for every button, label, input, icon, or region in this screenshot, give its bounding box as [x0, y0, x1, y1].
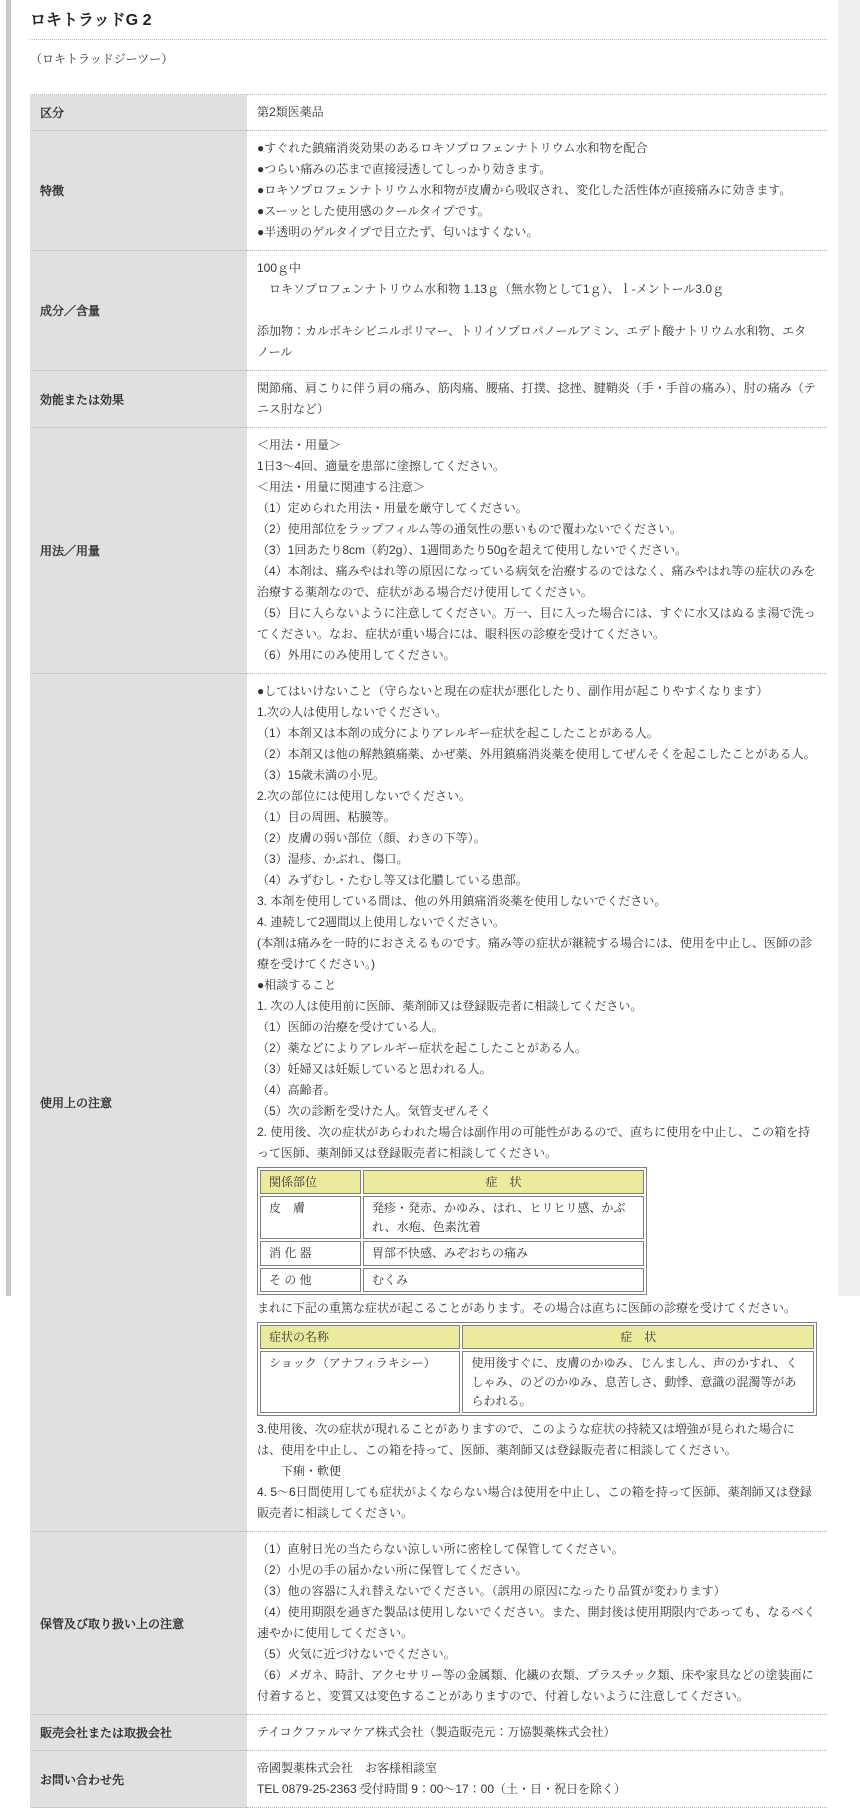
text-line: 添加物：カルボキシビニルポリマー、トリイソプロパノールアミン、エデト酸ナトリウム… — [257, 321, 817, 363]
text-line: （4）高齢者。 — [257, 1080, 817, 1101]
text-line: （2）使用部位をラップフィルム等の通気性の悪いもので覆わないでください。 — [257, 519, 817, 540]
text-line: （5）目に入らないように注意してください。万一、目に入った場合には、すぐに水又は… — [257, 603, 817, 645]
text-line: ●ロキソプロフェンナトリウム水和物が皮膚から吸収され、変化した活性体が直接痛みに… — [257, 180, 817, 201]
text-line: （1）本剤又は本剤の成分によりアレルギー症状を起こしたことがある人。 — [257, 723, 817, 744]
row-content: 関節痛、肩こりに伴う肩の痛み、筋肉痛、腰痛、打撲、捻挫、腱鞘炎（手・手首の痛み）… — [247, 371, 827, 428]
text-line: ●してはいけないこと（守らないと現在の症状が悪化したり、副作用が起こりやすくなり… — [257, 681, 817, 702]
text-line: 第2類医薬品 — [257, 102, 817, 123]
text-line: 1.次の人は使用しないでください。 — [257, 702, 817, 723]
inner-table-row: 消 化 器胃部不快感、みぞおちの痛み — [260, 1241, 644, 1266]
product-info-table: 区分第2類医薬品特徴●すぐれた鎮痛消炎効果のあるロキソプロフェンナトリウム水和物… — [30, 94, 827, 1296]
table-row: 区分第2類医薬品 — [30, 95, 827, 131]
text-line: 3. 本剤を使用している間は、他の外用鎮痛消炎薬を使用しないでください。 — [257, 891, 817, 912]
text-line: 2.次の部位には使用しないでください。 — [257, 786, 817, 807]
text-line: ロキソプロフェンナトリウム水和物 1.13ｇ（無水物として1ｇ）、ｌ-メントール… — [257, 279, 817, 300]
page-subtitle: （ロキトラッドジーツー） — [30, 40, 827, 67]
page-right-margin — [838, 0, 860, 1296]
inner-table-cell: そ の 他 — [260, 1268, 361, 1293]
row-label: 用法／用量 — [30, 428, 247, 674]
text-line: （3）湿疹、かぶれ、傷口。 — [257, 849, 817, 870]
text-line: 1. 次の人は使用前に医師、薬剤師又は登録販売者に相談してください。 — [257, 996, 817, 1017]
page-title: ロキトラッドG 2 — [30, 0, 827, 40]
row-label: 効能または効果 — [30, 371, 247, 428]
text-line: （1）医師の治療を受けている人。 — [257, 1017, 817, 1038]
info-table-body: 区分第2類医薬品特徴●すぐれた鎮痛消炎効果のあるロキソプロフェンナトリウム水和物… — [30, 95, 827, 1297]
inner-table-header-cell: 症 状 — [363, 1170, 644, 1194]
text-line: 1日3～4回、適量を患部に塗擦してください。 — [257, 456, 817, 477]
text-line: （2）皮膚の弱い部位（顔、わきの下等）。 — [257, 828, 817, 849]
text-line: 100ｇ中 — [257, 258, 817, 279]
text-line: 関節痛、肩こりに伴う肩の痛み、筋肉痛、腰痛、打撲、捻挫、腱鞘炎（手・手首の痛み）… — [257, 378, 817, 420]
inner-table-cell: むくみ — [363, 1268, 644, 1293]
text-line: ＜用法・用量＞ — [257, 435, 817, 456]
inner-table-cell: 消 化 器 — [260, 1241, 361, 1266]
text-line: （3）1回あたり8cm（約2g）、1週間あたり50gを超えて使用しないでください… — [257, 540, 817, 561]
page-left-edge — [6, 0, 11, 1296]
row-label: 特徴 — [30, 131, 247, 251]
row-content: ●してはいけないこと（守らないと現在の症状が悪化したり、副作用が起こりやすくなり… — [247, 674, 827, 1297]
text-line: ＜用法・用量に関連する注意＞ — [257, 477, 817, 498]
table-row: 用法／用量＜用法・用量＞1日3～4回、適量を患部に塗擦してください。＜用法・用量… — [30, 428, 827, 674]
text-line: （4）本剤は、痛みやはれ等の原因になっている病気を治療するのではなく、痛みやはれ… — [257, 561, 817, 603]
side-effect-table: 関係部位症 状皮 膚発疹・発赤、かゆみ、はれ、ヒリヒリ感、かぶれ、水疱、色素沈着… — [257, 1167, 647, 1295]
row-content: 100ｇ中 ロキソプロフェンナトリウム水和物 1.13ｇ（無水物として1ｇ）、ｌ… — [247, 251, 827, 371]
product-info-page: ロキトラッドG 2 （ロキトラッドジーツー） 区分第2類医薬品特徴●すぐれた鎮痛… — [30, 0, 827, 1296]
text-line: ●すぐれた鎮痛消炎効果のあるロキソプロフェンナトリウム水和物を配合 — [257, 138, 817, 159]
table-row: 使用上の注意●してはいけないこと（守らないと現在の症状が悪化したり、副作用が起こ… — [30, 674, 827, 1297]
table-row: 効能または効果関節痛、肩こりに伴う肩の痛み、筋肉痛、腰痛、打撲、捻挫、腱鞘炎（手… — [30, 371, 827, 428]
text-line: （3）妊婦又は妊娠していると思われる人。 — [257, 1059, 817, 1080]
text-line — [257, 300, 817, 321]
inner-table-cell: 皮 膚 — [260, 1196, 361, 1239]
text-line: 4. 連続して2週間以上使用しないでください。 — [257, 912, 817, 933]
text-line: （2）本剤又は他の解熱鎮痛薬、かぜ薬、外用鎮痛消炎薬を使用してぜんそくを起こした… — [257, 744, 817, 765]
text-line: ●半透明のゲルタイプで目立たず、匂いはすくない。 — [257, 222, 817, 243]
inner-table-cell: 発疹・発赤、かゆみ、はれ、ヒリヒリ感、かぶれ、水疱、色素沈着 — [363, 1196, 644, 1239]
text-line: （1）目の周囲、粘膜等。 — [257, 807, 817, 828]
text-line: (本剤は痛みを一時的におさえるものです。痛み等の症状が継続する場合には、使用を中… — [257, 933, 817, 975]
inner-table-row: そ の 他むくみ — [260, 1268, 644, 1293]
inner-table-row: 皮 膚発疹・発赤、かゆみ、はれ、ヒリヒリ感、かぶれ、水疱、色素沈着 — [260, 1196, 644, 1239]
row-label: 区分 — [30, 95, 247, 131]
inner-table-cell: 胃部不快感、みぞおちの痛み — [363, 1241, 644, 1266]
text-line: （3）15歳未満の小児。 — [257, 765, 817, 786]
table-row: 成分／含量100ｇ中 ロキソプロフェンナトリウム水和物 1.13ｇ（無水物として… — [30, 251, 827, 371]
row-content: ●すぐれた鎮痛消炎効果のあるロキソプロフェンナトリウム水和物を配合●つらい痛みの… — [247, 131, 827, 251]
text-line: （1）定められた用法・用量を厳守してください。 — [257, 498, 817, 519]
text-line: ●スーッとした使用感のクールタイプです。 — [257, 201, 817, 222]
text-line: （2）薬などによりアレルギー症状を起こしたことがある人。 — [257, 1038, 817, 1059]
text-line: （4）みずむし・たむし等又は化膿している患部。 — [257, 870, 817, 891]
row-label: 成分／含量 — [30, 251, 247, 371]
inner-table-header-cell: 関係部位 — [260, 1170, 361, 1194]
table-row: 特徴●すぐれた鎮痛消炎効果のあるロキソプロフェンナトリウム水和物を配合●つらい痛… — [30, 131, 827, 251]
inner-table-header-row: 関係部位症 状 — [260, 1170, 644, 1194]
row-label: 使用上の注意 — [30, 674, 247, 1297]
text-line: （6）外用にのみ使用してください。 — [257, 645, 817, 666]
row-content: ＜用法・用量＞1日3～4回、適量を患部に塗擦してください。＜用法・用量に関連する… — [247, 428, 827, 674]
text-line: ●つらい痛みの芯まで直接浸透してしっかり効きます。 — [257, 159, 817, 180]
row-content: 第2類医薬品 — [247, 95, 827, 131]
text-line: 2. 使用後、次の症状があらわれた場合は副作用の可能性があるので、直ちに使用を中… — [257, 1122, 817, 1164]
text-line: （5）次の診断を受けた人。気管支ぜんそく — [257, 1101, 817, 1122]
text-line: ●相談すること — [257, 975, 817, 996]
